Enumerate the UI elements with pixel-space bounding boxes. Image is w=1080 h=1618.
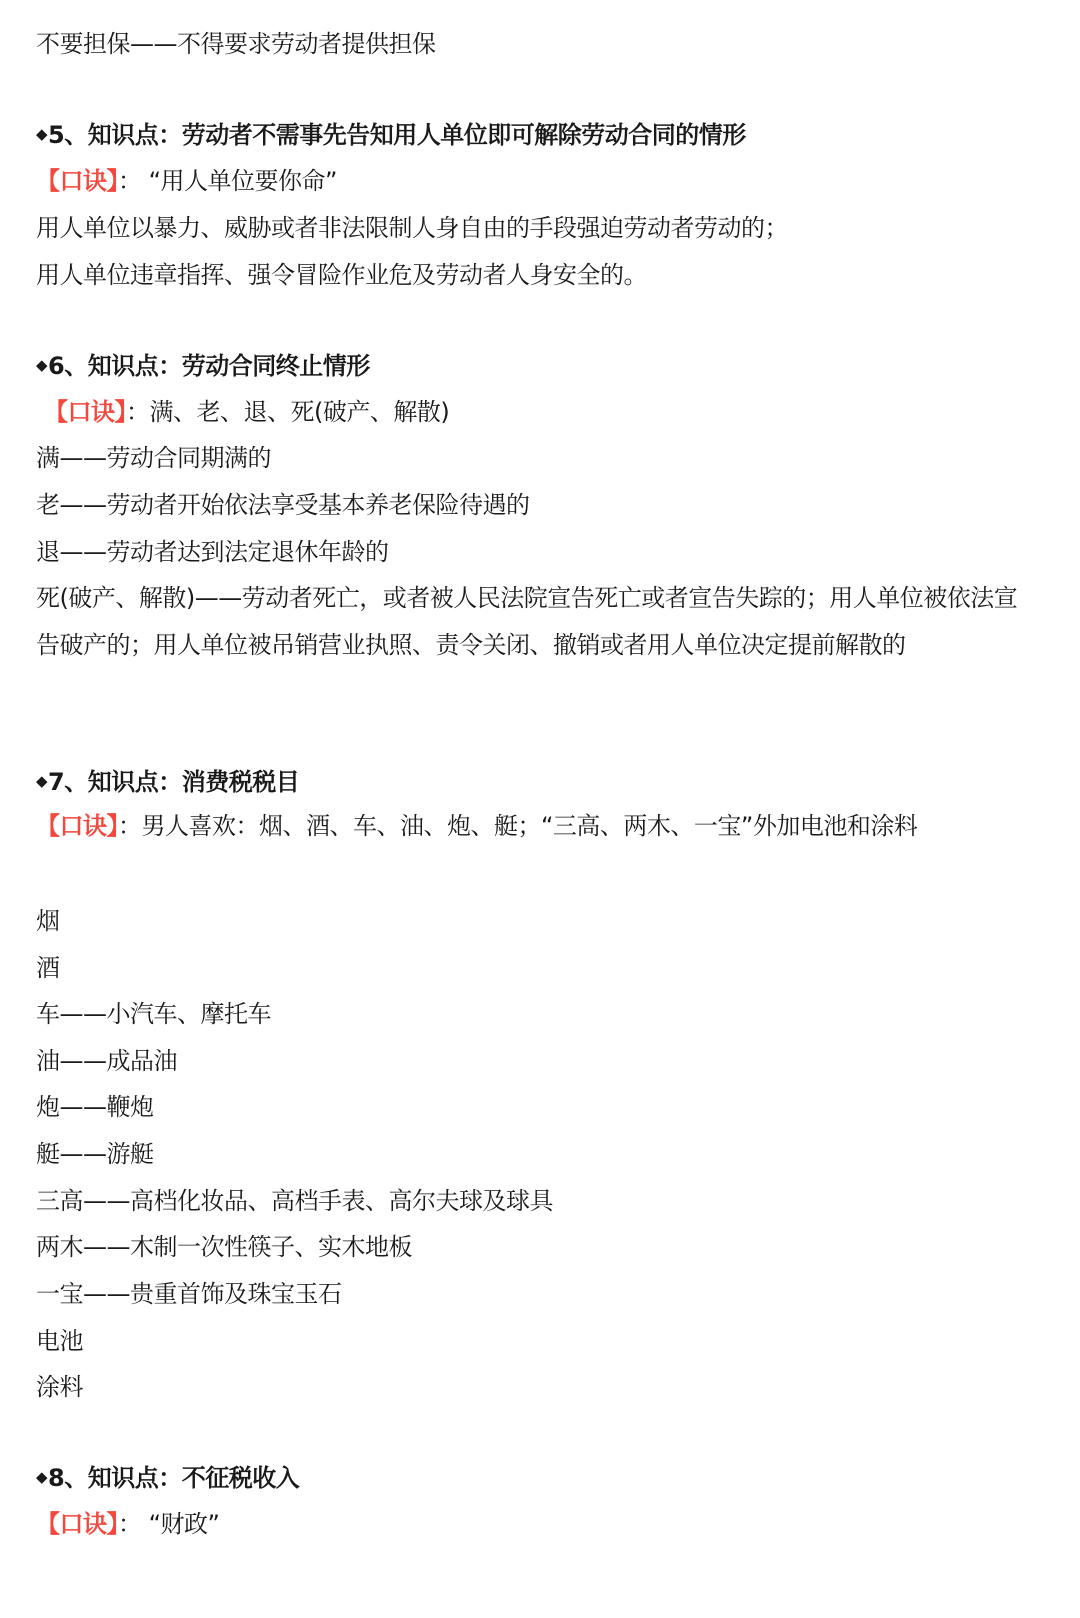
diamond-bullet-icon: ◆ — [36, 765, 47, 797]
section-5-koujue: 【口诀】： “用人单位要你命” — [36, 165, 337, 197]
section-6-heading: ◆6、知识点：劳动合同终止情形 — [36, 349, 370, 382]
koujue-text: ：男人喜欢：烟、酒、车、油、炮、艇；“三高、两木、一宝”外加电池和涂料 — [118, 812, 917, 840]
document-page: 不要担保——不得要求劳动者提供担保 ◆5、知识点：劳动者不需事先告知用人单位即可… — [0, 0, 1080, 1618]
section-7-line-9: 一宝——贵重首饰及珠宝玉石 — [36, 1278, 342, 1310]
section-6-line-3: 退——劳动者达到法定退休年龄的 — [36, 536, 389, 568]
koujue-label: 【口诀】 — [36, 1510, 118, 1538]
diamond-bullet-icon: ◆ — [36, 349, 47, 381]
section-7-line-7: 三高——高档化妆品、高档手表、高尔夫球及球具 — [36, 1185, 553, 1217]
koujue-label: 【口诀】 — [36, 167, 118, 195]
section-6-koujue: 【口诀】：满、老、退、死(破产、解散) — [44, 396, 449, 428]
koujue-text: ：满、老、退、死(破产、解散) — [126, 398, 449, 426]
section-5-line-2: 用人单位违章指挥、强令冒险作业危及劳动者人身安全的。 — [36, 259, 647, 291]
section-8-koujue: 【口诀】： “财政” — [36, 1508, 220, 1540]
section-8-title: 8、知识点：不征税收入 — [48, 1464, 299, 1492]
section-7-heading: ◆7、知识点：消费税税目 — [36, 765, 299, 798]
section-5-title: 5、知识点：劳动者不需事先告知用人单位即可解除劳动合同的情形 — [48, 121, 746, 149]
section-7-title: 7、知识点：消费税税目 — [48, 768, 299, 796]
diamond-bullet-icon: ◆ — [36, 1461, 47, 1493]
section-6-title: 6、知识点：劳动合同终止情形 — [48, 352, 370, 380]
section-7-line-10: 电池 — [36, 1325, 83, 1357]
section-7-line-8: 两木——木制一次性筷子、实木地板 — [36, 1231, 412, 1263]
section-7-koujue: 【口诀】：男人喜欢：烟、酒、车、油、炮、艇；“三高、两木、一宝”外加电池和涂料 — [36, 803, 1036, 850]
section-5-heading: ◆5、知识点：劳动者不需事先告知用人单位即可解除劳动合同的情形 — [36, 118, 746, 151]
section-7-line-11: 涂料 — [36, 1371, 83, 1403]
section-5-line-1: 用人单位以暴力、威胁或者非法限制人身自由的手段强迫劳动者劳动的； — [36, 212, 788, 244]
section-7-line-3: 车——小汽车、摩托车 — [36, 998, 271, 1030]
diamond-bullet-icon: ◆ — [36, 118, 47, 150]
intro-line: 不要担保——不得要求劳动者提供担保 — [36, 28, 436, 60]
section-8-heading: ◆8、知识点：不征税收入 — [36, 1461, 299, 1494]
section-7-line-1: 烟 — [36, 905, 60, 937]
koujue-text: ： “财政” — [118, 1510, 220, 1538]
koujue-text: ： “用人单位要你命” — [118, 167, 337, 195]
section-7-line-4: 油——成品油 — [36, 1045, 177, 1077]
section-7-line-6: 艇——游艇 — [36, 1138, 154, 1170]
koujue-label: 【口诀】 — [44, 398, 126, 426]
koujue-label: 【口诀】 — [36, 812, 118, 840]
section-7-line-5: 炮——鞭炮 — [36, 1091, 154, 1123]
section-6-line-1: 满——劳动合同期满的 — [36, 442, 271, 474]
section-6-line-4: 死(破产、解散)——劳动者死亡，或者被人民法院宣告死亡或者宣告失踪的；用人单位被… — [36, 575, 1036, 669]
section-6-line-2: 老——劳动者开始依法享受基本养老保险待遇的 — [36, 489, 530, 521]
section-7-line-2: 酒 — [36, 952, 60, 984]
